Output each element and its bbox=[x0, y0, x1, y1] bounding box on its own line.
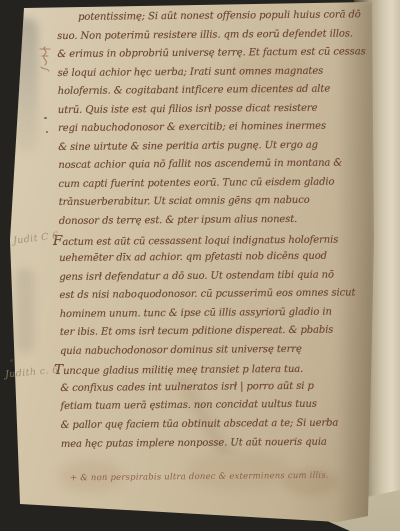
text-line: regi nabuchodonosor & exercitib; ei homi… bbox=[58, 118, 360, 139]
text-line: ter ibis. Et oms isrł tecum pditione dis… bbox=[60, 322, 362, 343]
text-line: holofernis. & cogitabant intficere eum d… bbox=[58, 81, 360, 102]
text-line: mea hęc putas implere nonposse. Ut aūt n… bbox=[61, 433, 363, 454]
text-line: cum capti fuerint potentes eorū. Tunc cū… bbox=[58, 173, 360, 194]
text-block: potentissimę; Si aūt nonest offensio pop… bbox=[57, 6, 363, 454]
gray-smudge-stain bbox=[16, 268, 34, 353]
gray-smudge-stain bbox=[14, 18, 38, 153]
text-line: est ds nisi naboquodonosor. cū pcusserim… bbox=[59, 285, 361, 306]
ink-speck bbox=[46, 131, 48, 133]
scribal-monogram-icon bbox=[36, 44, 54, 76]
text-line: potentissimę; Si aūt nonest offensio pop… bbox=[57, 6, 359, 27]
text-line: uehemēter dīx ad achior. qm pfetasti nob… bbox=[59, 247, 361, 268]
ink-speck bbox=[44, 117, 47, 119]
text-line: & pallor quę faciem tūa obtinuit absceda… bbox=[61, 414, 363, 435]
ink-speck bbox=[10, 359, 13, 362]
text-line: & erimus in obprobriū universę terrę. Et… bbox=[57, 43, 359, 64]
manuscript-photo: potentissimę; Si aūt nonest offensio pop… bbox=[0, 0, 400, 531]
